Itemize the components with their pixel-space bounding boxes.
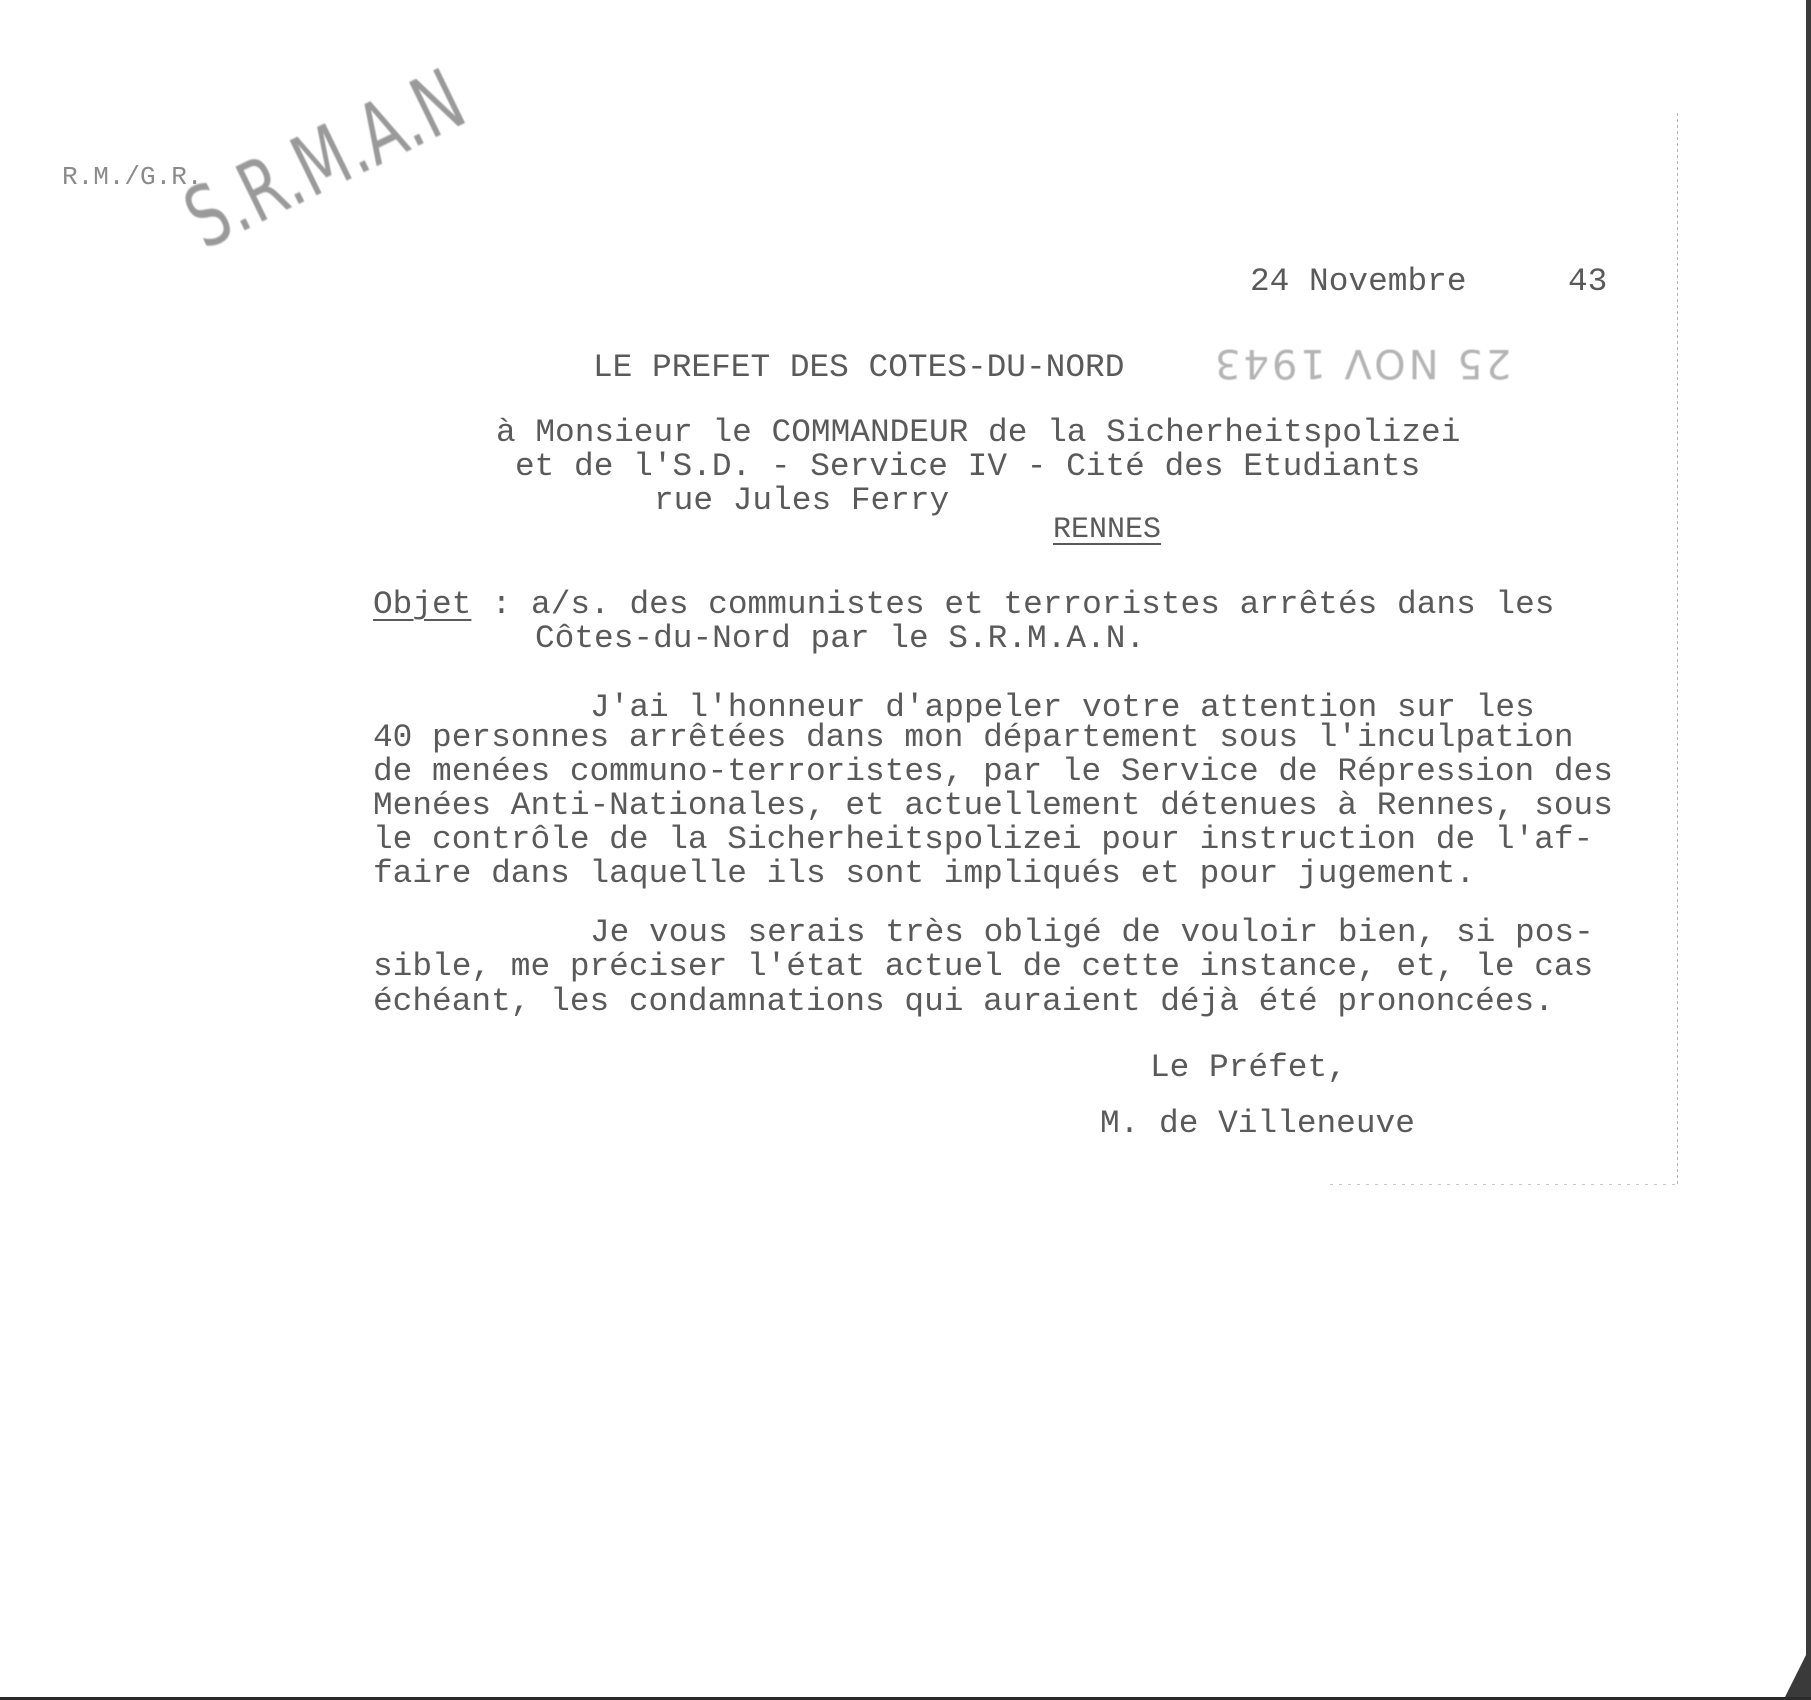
recipient-city: RENNES: [1053, 515, 1161, 545]
page-corner: [1785, 1655, 1806, 1697]
signature-name: M. de Villeneuve: [1100, 1108, 1415, 1141]
paper-edge-line: [1677, 113, 1678, 1185]
paragraph1-line: Menées Anti-Nationales, et actuellement …: [373, 790, 1613, 823]
subject-line: : a/s. des communistes et terroristes ar…: [472, 589, 1554, 622]
letter-year: 43: [1568, 266, 1607, 299]
paragraph1-line: 40 personnes arrêtées dans mon départeme…: [373, 722, 1574, 755]
paper-edge-line: [1330, 1184, 1678, 1185]
received-date-stamp: 25 NOV 1943: [1212, 340, 1511, 386]
scanned-letter-page: R.M./G.R. S.R.M.A.N 24 Novembre 43 25 NO…: [0, 0, 1811, 1700]
letter-date: 24 Novembre: [1250, 266, 1467, 299]
subject-label: Objet: [373, 589, 471, 622]
paragraph2-line: Je vous serais très obligé de vouloir bi…: [590, 917, 1594, 950]
sender-heading: LE PREFET DES COTES-DU-NORD: [593, 352, 1124, 385]
handwritten-annotation: S.R.M.A.N: [170, 50, 480, 268]
recipient-line: et de l'S.D. - Service IV - Cité des Etu…: [515, 451, 1420, 484]
recipient-line: à Monsieur le COMMANDEUR de la Sicherhei…: [496, 417, 1460, 450]
recipient-line: rue Jules Ferry: [654, 485, 949, 518]
closing-salutation: Le Préfet,: [1150, 1052, 1347, 1085]
paragraph2-line: échéant, les condamnations qui auraient …: [373, 986, 1554, 1019]
paragraph2-line: sible, me préciser l'état actuel de cett…: [373, 951, 1593, 984]
paragraph1-line: faire dans laquelle ils sont impliqués e…: [373, 858, 1475, 891]
scanner-border-right: [1806, 0, 1811, 1700]
paragraph1-line: le contrôle de la Sicherheitspolizei pou…: [373, 824, 1593, 857]
subject-line: Côtes-du-Nord par le S.R.M.A.N.: [535, 623, 1145, 656]
paragraph1-line: de menées communo-terroristes, par le Se…: [373, 756, 1613, 789]
